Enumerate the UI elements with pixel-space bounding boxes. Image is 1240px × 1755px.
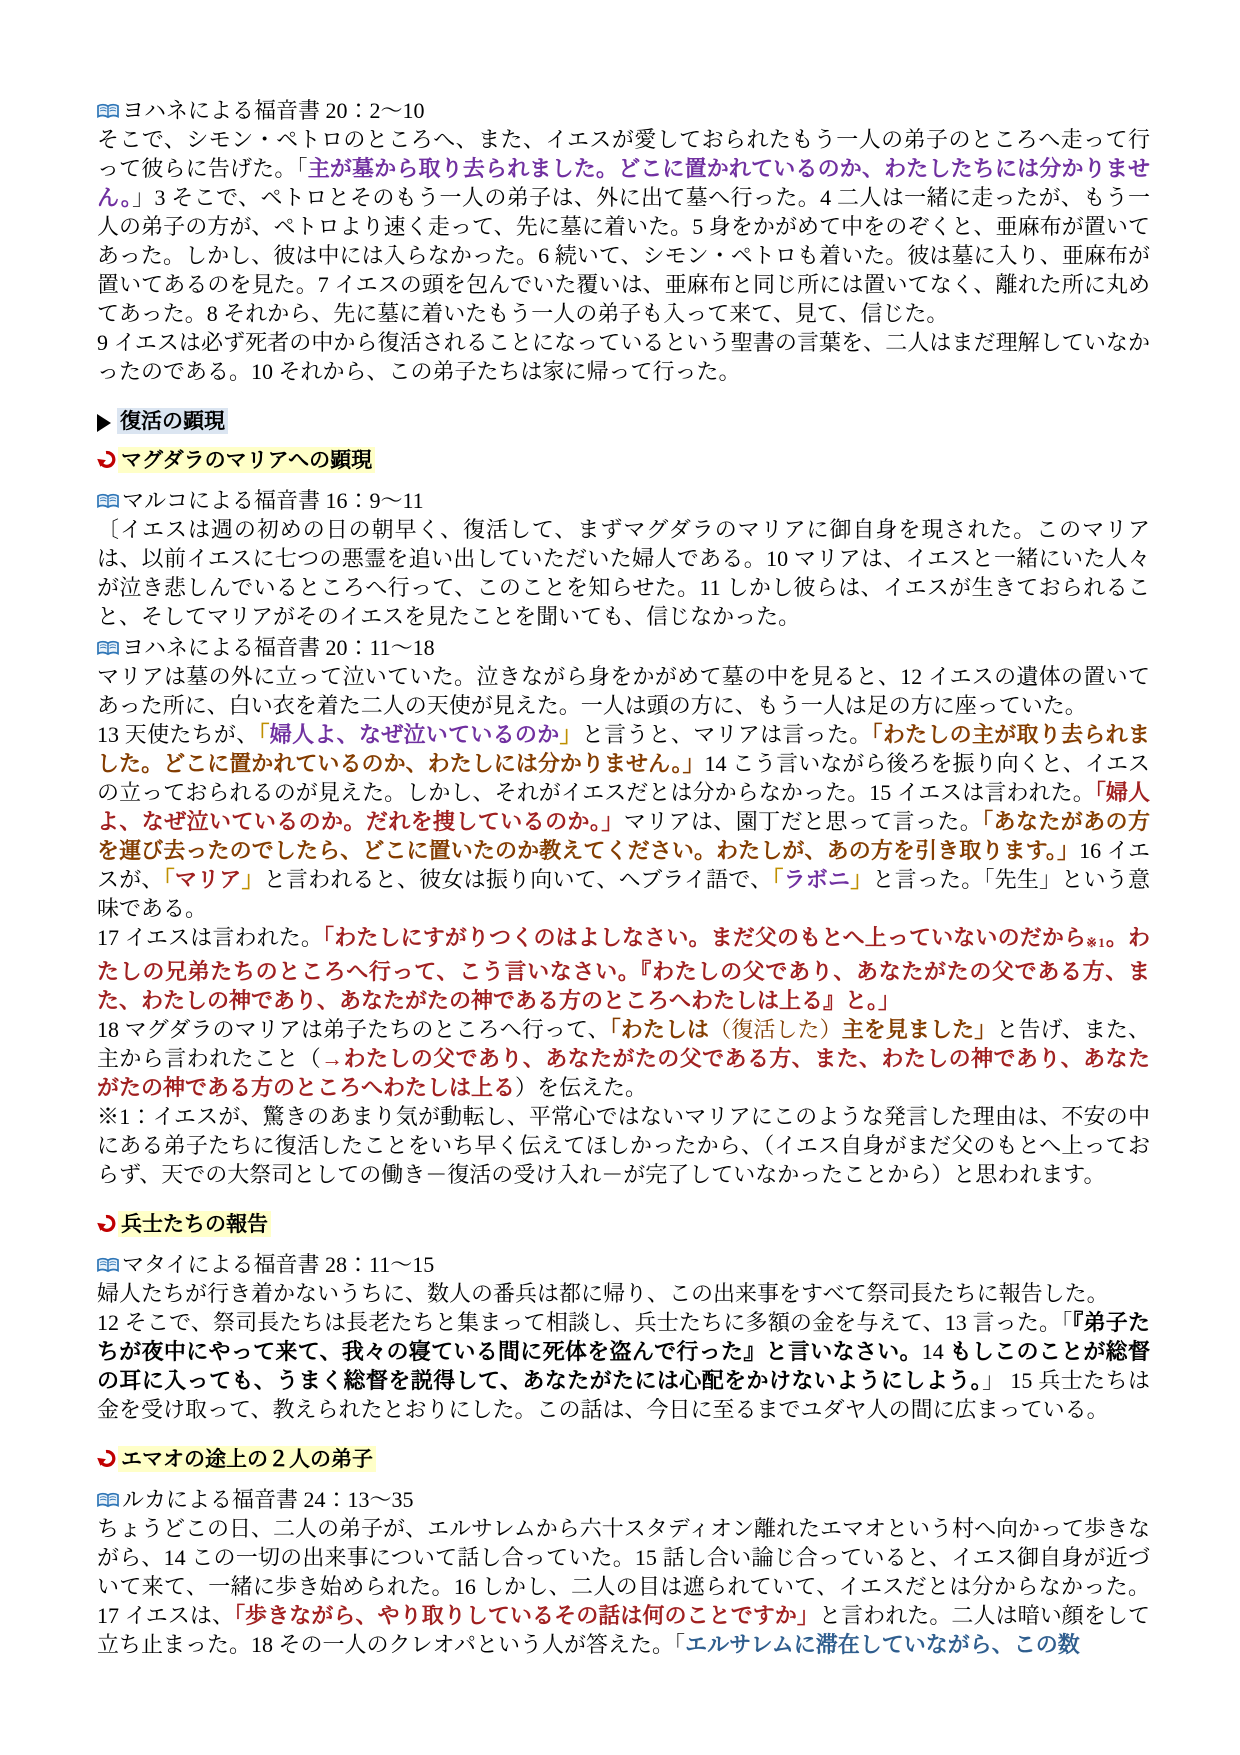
paragraph: マリアは墓の外に立って泣いていた。泣きながら身をかがめて墓の中を見ると、12 イ… [97,662,1150,720]
book-icon [97,1492,119,1509]
text-run: と言うと、マリアは言った。 [582,722,872,747]
heading-text: エマオの途上の２人の弟子 [118,1446,376,1472]
text-run: エルサレムに滞在していながら、この数 [685,1632,1080,1657]
text-run: 9 イエスは必ず死者の中から復活されることになっているという聖書の言葉を、二人は… [97,330,1150,384]
paragraph: 12 そこで、祭司長たちは長老たちと集まって相談し、兵士たちに多額の金を与えて、… [97,1308,1150,1424]
text-run: 「 [259,722,270,747]
paragraph: 17 イエスは言われた。「わたしにすがりつくのはよしなさい。まだ父のもとへ上って… [97,923,1150,1015]
text-run: 」 [850,867,872,892]
paragraph: 13 天使たちが、「婦人よ、なぜ泣いているのか」と言うと、マリアは言った。「わた… [97,720,1150,923]
section-arrow-icon [97,1449,116,1468]
text-run: ルカによる福音書 24：13～35 [122,1487,414,1512]
paragraph: ※1：イエスが、驚きのあまり気が動転し、平常心ではないマリアにこのような発言した… [97,1102,1150,1189]
text-run: と言われると、彼女は振り向いて、ヘブライ語で、 [264,867,773,892]
scripture-reference: ヨハネによる福音書 20：2～10 [97,96,1150,125]
section-heading: 兵士たちの報告 [97,1211,1150,1238]
text-run: 「わたしは [610,1017,709,1042]
scripture-reference: マタイによる福音書 28：11～15 [97,1250,1150,1279]
text-run: ヨハネによる福音書 20：2～10 [122,98,425,123]
text-run: 13 天使たちが、 [97,722,259,747]
text-run: 婦人たちが行き着かないうちに、数人の番兵は都に帰り、この出来事をすべて祭司長たち… [97,1281,1109,1306]
paragraph: ちょうどこの日、二人の弟子が、エルサレムから六十スタディオン離れたエマオという村… [97,1514,1150,1659]
section-heading: マグダラのマリアへの顕現 [97,447,1150,474]
text-run: 12 そこで、祭司長たちは長老たちと集まって相談し、兵士たちに多額の金を与えて、… [97,1310,1072,1335]
text-run: マタイによる福音書 28：11～15 [122,1252,434,1277]
text-run: ※1 [1086,935,1106,950]
paragraph: そこで、シモン・ペトロのところへ、また、イエスが愛しておられたもう一人の弟子のと… [97,125,1150,328]
text-run: 婦人よ、なぜ泣いているのか [270,722,560,747]
book-icon [97,103,119,120]
text-run: 」3 そこで、ペトロとそのもう一人の弟子は、外に出て墓へ行った。4 二人は一緒に… [97,185,1150,326]
text-run: マルコによる福音書 16：9～11 [122,488,424,513]
text-run: 17 イエスは言われた。 [97,925,323,950]
paragraph: 9 イエスは必ず死者の中から復活されることになっているという聖書の言葉を、二人は… [97,328,1150,386]
book-icon [97,640,119,657]
text-run: 」 [242,867,264,892]
section-heading: エマオの途上の２人の弟子 [97,1446,1150,1473]
text-run: 「 [772,867,783,892]
heading-text: 復活の顕現 [117,408,228,434]
text-run: 〔イエスは週の初めの日の朝早く、復活して、まずマグダラのマリアに御自身を現された… [97,517,1150,629]
document-body: ヨハネによる福音書 20：2～10そこで、シモン・ペトロのところへ、また、イエス… [97,96,1150,1659]
text-run: 14 [922,1339,950,1364]
triangle-icon [97,414,115,432]
heading-text: 兵士たちの報告 [118,1211,271,1237]
text-run: 「わたしにすがりつくのはよしなさい。まだ父のもとへ上っていないのだから [323,925,1086,950]
text-run: ヨハネによる福音書 20：11～18 [122,635,435,660]
text-run: 「 [164,867,175,892]
book-icon [97,1257,119,1274]
text-run: 18 マグダラのマリアは弟子たちのところへ行って、 [97,1017,610,1042]
text-run: 」 [560,722,582,747]
text-run: ラボニ [784,867,851,892]
book-icon [97,493,119,510]
scripture-reference: ルカによる福音書 24：13～35 [97,1485,1150,1514]
text-run: マリアは墓の外に立って泣いていた。泣きながら身をかがめて墓の中を見ると、12 イ… [97,664,1150,718]
section-arrow-icon [97,1214,116,1233]
text-run: 主を見ました」 [842,1017,997,1042]
text-run: ）を伝えた。 [515,1075,647,1100]
paragraph: 18 マグダラのマリアは弟子たちのところへ行って、「わたしは（復活した）主を見ま… [97,1015,1150,1102]
paragraph: 婦人たちが行き着かないうちに、数人の番兵は都に帰り、この出来事をすべて祭司長たち… [97,1279,1150,1308]
text-run: ※1：イエスが、驚きのあまり気が動転し、平常心ではないマリアにこのような発言した… [97,1104,1150,1187]
document-page: ヨハネによる福音書 20：2～10そこで、シモン・ペトロのところへ、また、イエス… [0,0,1240,1755]
scripture-reference: ヨハネによる福音書 20：11～18 [97,633,1150,662]
scripture-reference: マルコによる福音書 16：9～11 [97,486,1150,515]
text-run: 「歩きながら、やり取りしているその話は何のことですか」 [234,1603,819,1628]
section-arrow-icon [97,450,116,469]
text-run: マリアは、園丁だと思って言った。 [624,809,982,834]
heading-text: マグダラのマリアへの顕現 [118,447,375,473]
text-run: マリア [175,867,242,892]
section-heading: 復活の顕現 [97,408,1150,435]
text-run: （復活した） [709,1017,842,1042]
paragraph: 〔イエスは週の初めの日の朝早く、復活して、まずマグダラのマリアに御自身を現された… [97,515,1150,631]
